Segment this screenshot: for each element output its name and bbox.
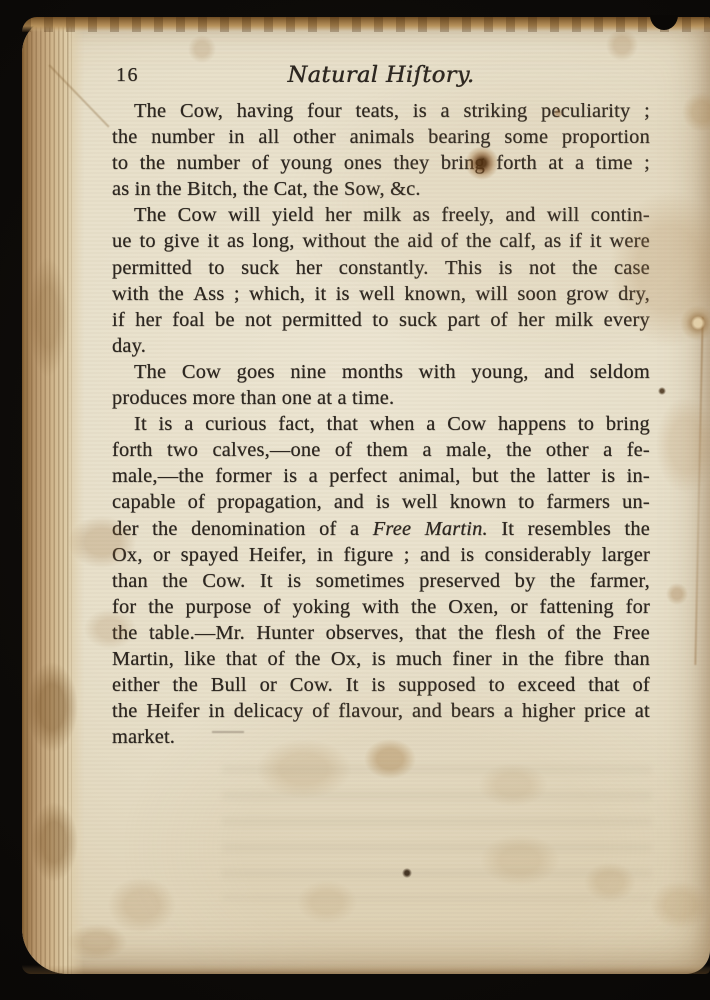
- paragraph: TheCowwillyieldhermilkasfreely,andwillco…: [112, 202, 650, 359]
- page-number: 16: [116, 64, 139, 87]
- text-line: produces more than one at a time.: [112, 385, 650, 411]
- text-line: derthedenominationofaFreeMartin.Itresemb…: [112, 516, 650, 542]
- text-line: as in the Bitch, the Cat, the Sow, &c.: [112, 176, 650, 202]
- text-line: TheCowwillyieldhermilkasfreely,andwillco…: [112, 202, 650, 228]
- text-line: withtheAss;which,itiswellknown,willsoong…: [112, 281, 650, 307]
- text-line: forthtwocalves,—oneofthemamale,theothera…: [112, 437, 650, 463]
- verso-text-show-through: [222, 765, 652, 900]
- bottom-page-edge: [22, 965, 710, 974]
- text-line: ifherfoalbenotpermittedtosuckpartofhermi…: [112, 307, 650, 333]
- text-line: TheCowgoesninemonthswithyoung,andseldom: [112, 359, 650, 385]
- text-line: TheCow,havingfourteats,isastrikingpeculi…: [112, 98, 650, 124]
- running-header-title: Natural Hiſtory.: [112, 61, 650, 88]
- text-block: 16 Natural Hiſtory. TheCow,havingfourtea…: [112, 61, 650, 750]
- text-line: tothenumberofyoungonestheybringforthatat…: [112, 150, 650, 176]
- text-line: market.: [112, 724, 650, 750]
- text-line: Itisacuriousfact,thatwhenaCowhappenstobr…: [112, 411, 650, 437]
- text-line: thenumberinallotheranimalsbearingsomepro…: [112, 124, 650, 150]
- right-margin-crease: [694, 317, 703, 665]
- text-line: uetogiveitaslong,withouttheaidofthecalf,…: [112, 228, 650, 254]
- paragraph: TheCowgoesninemonthswithyoung,andseldomp…: [112, 359, 650, 411]
- text-line: permittedtosuckherconstantly.Thisisnotth…: [112, 255, 650, 281]
- text-line: eithertheBullorCow.Itissupposedtoexceedt…: [112, 672, 650, 698]
- deckled-top-edge: [22, 17, 710, 32]
- paragraph: TheCow,havingfourteats,isastrikingpeculi…: [112, 98, 650, 202]
- text-line: day.: [112, 333, 650, 359]
- binding-page-edges: [22, 17, 84, 974]
- text-line: Ox,orspayedHeifer,infigure;andisconsider…: [112, 542, 650, 568]
- text-line: theHeiferindelicacyofflavour,andbearsahi…: [112, 698, 650, 724]
- text-line: capableofpropagation,andiswellknowntofar…: [112, 489, 650, 515]
- page-header: 16 Natural Hiſtory.: [112, 61, 650, 98]
- scanner-background: { "document": { "page_number": "16", "ru…: [0, 0, 710, 1000]
- text-line: thantheCow.Itissometimespreservedbythefa…: [112, 568, 650, 594]
- body-text: TheCow,havingfourteats,isastrikingpeculi…: [112, 98, 650, 750]
- text-line: male,—theformerisaperfectanimal,butthela…: [112, 463, 650, 489]
- paragraph: Itisacuriousfact,thatwhenaCowhappenstobr…: [112, 411, 650, 750]
- text-line: forthepurposeofyokingwiththeOxen,orfatte…: [112, 594, 650, 620]
- text-line: Martin,likethatoftheOx,ismuchfinerinthef…: [112, 646, 650, 672]
- book-page: 16 Natural Hiſtory. TheCow,havingfourtea…: [22, 17, 710, 974]
- text-line: thetable.—Mr.Hunterobserves,thattheflesh…: [112, 620, 650, 646]
